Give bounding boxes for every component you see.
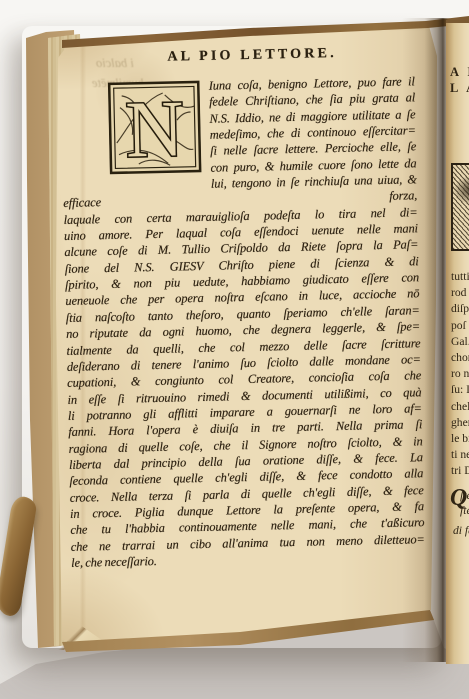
book-photo: i balcio humilmēte AL PIO LETTORE. N (0, 0, 469, 699)
facing-text-line: tri D (451, 463, 469, 479)
body-text: Iuna coſa, benigno Lettore, puo fare ilf… (61, 73, 426, 571)
facing-page-sliver: A L L A tuttiroddiſppoſGal.chorro nſu: I… (446, 20, 469, 664)
facing-text-line: Gal. (451, 334, 469, 350)
facing-text-line: ſtero (451, 504, 469, 519)
facing-text-line: diſp (451, 301, 469, 317)
facing-tail-fragments: ſteſterodi far (451, 489, 469, 539)
facing-woodcut-fragment (451, 163, 469, 251)
facing-text-line: chor (451, 350, 469, 366)
facing-text-line: le biſ (451, 431, 469, 447)
facing-text-line: ro n (451, 366, 469, 382)
facing-header-fragment: A L (450, 65, 469, 80)
facing-text-fragments: tuttiroddiſppoſGal.chorro nſu: Iochelghe… (451, 269, 469, 480)
facing-text-line: ti neg (451, 447, 469, 463)
facing-text-line: rod (451, 285, 469, 301)
facing-text-line: poſ (451, 318, 469, 334)
facing-text-line: tutti (451, 269, 469, 285)
facing-text-line: gher. (451, 415, 469, 431)
page-text-block: AL PIO LETTORE. N Iuna coſa, benigno Let (60, 44, 425, 571)
facing-text-line: chel (451, 399, 469, 415)
facing-text-line: di far (451, 518, 469, 539)
facing-header-fragment: L A (450, 81, 469, 96)
facing-text-line: ſu: Io (451, 382, 469, 398)
facing-text-line: ſte (451, 489, 469, 504)
